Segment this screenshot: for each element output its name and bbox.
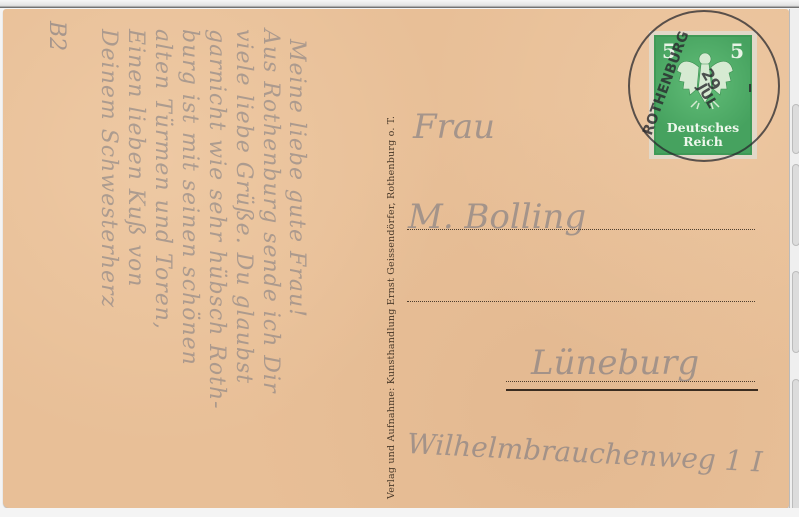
address-street: Wilhelmbrauchenweg 1 I xyxy=(406,427,763,479)
address-line-1 xyxy=(407,229,755,230)
message-line: Aus Rothenburg sende ich Dir xyxy=(258,29,283,393)
address-line-2 xyxy=(407,301,755,302)
address-name: M. Bolling xyxy=(408,197,586,237)
message-line: garnicht wie sehr hübsch Roth- xyxy=(204,29,229,410)
message-line: burg ist mit seinen schönen xyxy=(177,29,202,366)
postmark-circle: ROTHENBURG 29 JUL I xyxy=(628,10,780,162)
scanner-edge-right xyxy=(789,9,799,517)
address-line-3 xyxy=(506,381,755,382)
address-city-underline xyxy=(506,389,758,391)
publisher-imprint: Verlag und Aufnahme: Kunsthandlung Ernst… xyxy=(386,116,397,499)
message-line: Deinem Schwesterherz xyxy=(96,29,121,308)
message-line: Meine liebe gute Frau! xyxy=(284,39,309,318)
message-line: alten Türmen und Toren, xyxy=(150,29,175,330)
handwritten-message: Meine liebe gute Frau! Aus Rothenburg se… xyxy=(21,39,321,509)
postmark-town: ROTHENBURG xyxy=(640,29,693,137)
message-line: Einen lieben Kuß von xyxy=(123,29,148,287)
postmark-code: I xyxy=(748,82,752,95)
address-city: Lüneburg xyxy=(531,343,699,383)
scanner-edge-top xyxy=(0,0,799,8)
address-salutation: Frau xyxy=(413,107,495,147)
message-line: viele liebe Grüße. Du glaubst xyxy=(231,29,256,384)
scanner-edge-bottom xyxy=(0,508,799,517)
